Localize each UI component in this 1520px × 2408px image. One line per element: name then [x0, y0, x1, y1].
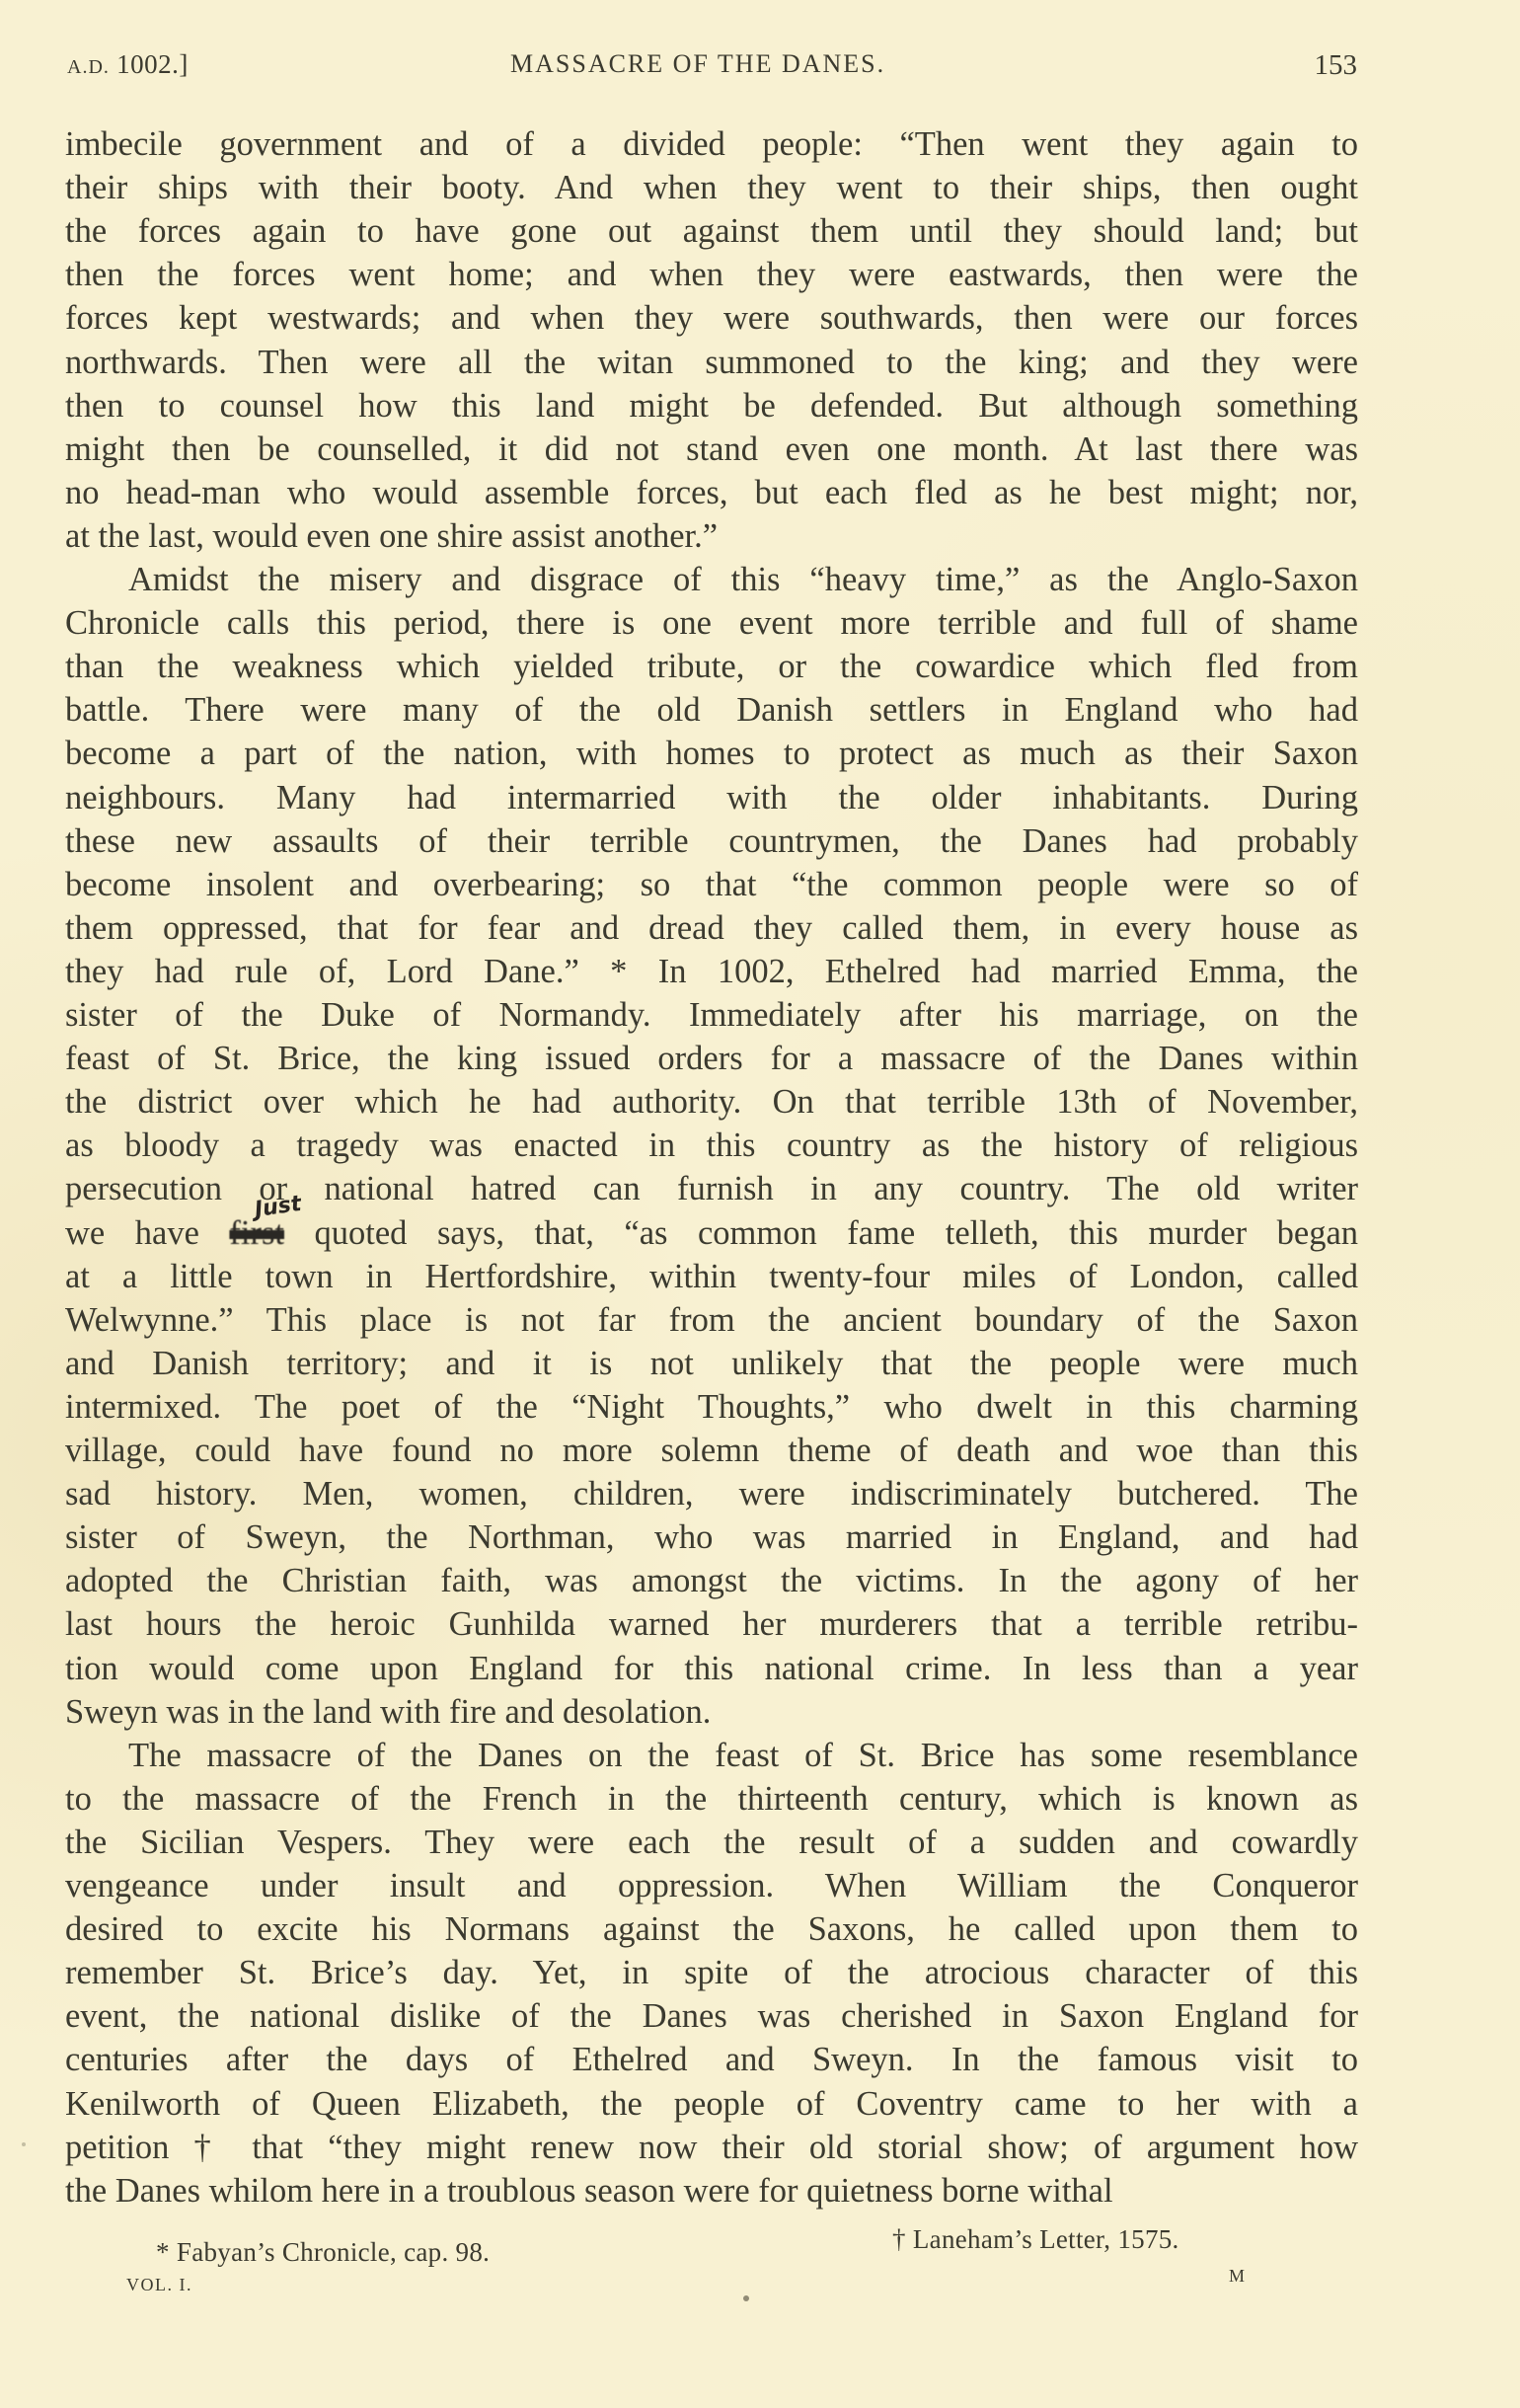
text-line: battle. There were many of the old Danis…: [65, 688, 1358, 732]
text-line: tion would come upon England for this na…: [65, 1647, 1358, 1690]
text-line: feast of St. Brice, the king issued orde…: [65, 1037, 1358, 1080]
ink-speck: [743, 2295, 749, 2301]
text-line: sad history. Men, women, children, were …: [65, 1472, 1358, 1515]
text-line: desired to excite his Normans against th…: [65, 1907, 1358, 1951]
text-line: village, could have found no more solemn…: [65, 1429, 1358, 1472]
text-line: sister of the Duke of Normandy. Immediat…: [65, 993, 1358, 1037]
text-line: Kenilworth of Queen Elizabeth, the peopl…: [65, 2082, 1358, 2126]
text-line: their ships with their booty. And when t…: [65, 166, 1358, 209]
running-head: A.D. 1002.] MASSACRE OF THE DANES. 153: [67, 49, 1357, 85]
text-line: Chronicle calls this period, there is on…: [65, 601, 1358, 645]
book-page: A.D. 1002.] MASSACRE OF THE DANES. 153 i…: [0, 0, 1520, 2408]
text-line: become a part of the nation, with homes …: [65, 732, 1358, 775]
text-line: then to counsel how this land might be d…: [65, 384, 1358, 427]
text-line: them oppressed, that for fear and dread …: [65, 906, 1358, 950]
text-line: petition † that “they might renew now th…: [65, 2126, 1358, 2169]
text-line: sister of Sweyn, the Northman, who was m…: [65, 1515, 1358, 1559]
text-line: The massacre of the Danes on the feast o…: [128, 1734, 1358, 1777]
text-line: event, the national dislike of the Danes…: [65, 1994, 1358, 2038]
text-line: adopted the Christian faith, was amongst…: [65, 1559, 1358, 1602]
text-line: centuries after the days of Ethelred and…: [65, 2038, 1358, 2081]
running-head-title: MASSACRE OF THE DANES.: [510, 49, 885, 79]
text-line: imbecile government and of a divided peo…: [65, 122, 1358, 166]
footnote-1: * Fabyan’s Chronicle, cap. 98.: [156, 2237, 490, 2268]
text-line: the Danes whilom here in a troublous sea…: [65, 2169, 1358, 2213]
text-line: become insolent and overbearing; so that…: [65, 863, 1358, 906]
text-line: to the massacre of the French in the thi…: [65, 1777, 1358, 1821]
handwritten-word: Just: [253, 1182, 305, 1231]
text-line: they had rule of, Lord Dane.” * In 1002,…: [65, 950, 1358, 993]
text-line: then the forces went home; and when they…: [65, 253, 1358, 296]
footnote-2: † Laneham’s Letter, 1575.: [892, 2224, 1179, 2255]
handwritten-correction: firstJust: [229, 1211, 284, 1255]
text-line: as bloody a tragedy was enacted in this …: [65, 1124, 1358, 1167]
volume-signature: VOL. I.: [126, 2275, 192, 2295]
text-line: these new assaults of their terrible cou…: [65, 819, 1358, 863]
ink-speck: [22, 2142, 26, 2146]
text-line: at a little town in Hertfordshire, withi…: [65, 1255, 1358, 1298]
text-line: Amidst the misery and disgrace of this “…: [128, 558, 1358, 601]
text-line: northwards. Then were all the witan summ…: [65, 341, 1358, 384]
text-line: Sweyn was in the land with fire and deso…: [65, 1690, 1358, 1734]
page-number: 153: [1315, 49, 1358, 82]
text-line: no head-man who would assemble forces, b…: [65, 471, 1358, 514]
text-line: forces kept westwards; and when they wer…: [65, 296, 1358, 340]
text-line: than the weakness which yielded tribute,…: [65, 645, 1358, 688]
gathering-mark: M: [1229, 2266, 1247, 2287]
text-line: at the last, would even one shire assist…: [65, 514, 1358, 558]
text-line: the Sicilian Vespers. They were each the…: [65, 1821, 1358, 1864]
running-head-date: A.D. 1002.]: [67, 49, 189, 80]
text-line: vengeance under insult and oppression. W…: [65, 1864, 1358, 1907]
text-line: last hours the heroic Gunhilda warned he…: [65, 1602, 1358, 1646]
text-line: the forces again to have gone out agains…: [65, 209, 1358, 253]
text-line: we have firstJust quoted says, that, “as…: [65, 1211, 1358, 1255]
text-line: the district over which he had authority…: [65, 1080, 1358, 1124]
text-line: and Danish territory; and it is not unli…: [65, 1342, 1358, 1385]
text-line: neighbours. Many had intermarried with t…: [65, 776, 1358, 819]
text-line: Welwynne.” This place is not far from th…: [65, 1298, 1358, 1342]
text-line: intermixed. The poet of the “Night Thoug…: [65, 1385, 1358, 1429]
text-line: might then be counselled, it did not sta…: [65, 427, 1358, 471]
text-line: remember St. Brice’s day. Yet, in spite …: [65, 1951, 1358, 1994]
